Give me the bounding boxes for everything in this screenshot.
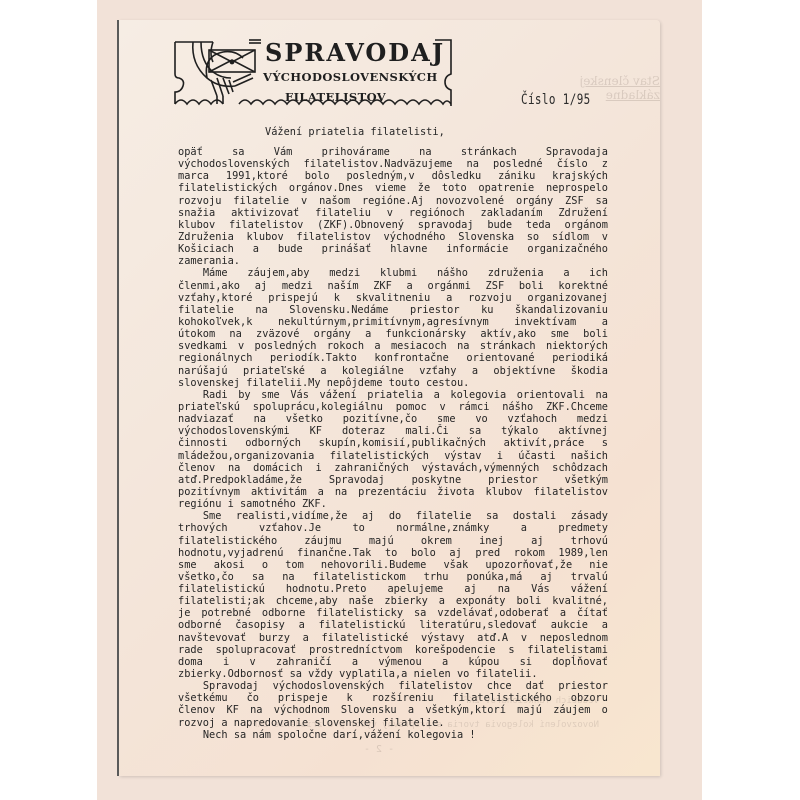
body-line: RadibysmeVásváženípriateliaakolegoviaori… bbox=[178, 389, 608, 401]
body-line: regionálnychperiodík.Taktokonfrontačneor… bbox=[178, 352, 608, 364]
body-line: filatelistickéhozáujmumajúokreminejajtrh… bbox=[178, 535, 608, 547]
body-line: radespolupracovaťprostredníctvomkorešpod… bbox=[178, 644, 608, 656]
body-line: snažiaaktivizovaťfilateliuvregiónochzakl… bbox=[178, 207, 608, 219]
body-line: trhovýchvzťahov.Jetonormálne,známkyapred… bbox=[178, 522, 608, 534]
body-line: útokomnazväzovéorgányafunkcionárskyaktív… bbox=[178, 328, 608, 340]
body-line: filatelistickúhodnotu.Pretoapelujemeajna… bbox=[178, 583, 608, 595]
body-line: hodnotu,vyjadrenúfinančne.Taktoboloajpre… bbox=[178, 547, 608, 559]
body-line: pozitívnymaktivitámanaprezentáciuživotak… bbox=[178, 486, 608, 498]
body-line: členovnadomácichizahraničnýchvýstavách,v… bbox=[178, 462, 608, 474]
body-line: domaivzahraničíavýmenouakúpousidopĺňovať bbox=[178, 656, 608, 668]
body-line: smeakosiotomnehovorili.Budemevšakupozorň… bbox=[178, 559, 608, 571]
body-line: atď.Predpokladáme,žeSpravodajposkytnepri… bbox=[178, 474, 608, 486]
body-line: filatelisti;akchceme,abynašezbierkyaexpo… bbox=[178, 595, 608, 607]
body-line: Košiciachabudeprinášaťhlavneinformácieor… bbox=[178, 243, 608, 255]
body-line: navštevovaťburzyafilatelistickévýstavyat… bbox=[178, 632, 608, 644]
body-line: filatelistickýchorgánov.Dnesviemežetotoo… bbox=[178, 182, 608, 194]
issue-number: Číslo 1/95 bbox=[521, 92, 591, 108]
body-line: Nechsanámspoločnedarí,váženíkolegovia! bbox=[178, 729, 608, 741]
body-line: ZdruženiaklubovfilatelistovvýchodnéhoSlo… bbox=[178, 231, 608, 243]
body-line: východoslovenskýchfilatelistov.Nadväzuje… bbox=[178, 158, 608, 170]
body-line: členmi,akoajmedzinašímZKFaorgánmiZSFboli… bbox=[178, 280, 608, 292]
body-line: slovenskejfilatelii.Mynepôjdemetoutocest… bbox=[178, 377, 608, 389]
body-line: rozvojufilatelievnašomregióne.Ajnovozvol… bbox=[178, 195, 608, 207]
body-line: filatelienaSlovensku.Nedámepriestorkuška… bbox=[178, 304, 608, 316]
body-line: kohokoľvek,knekultúrnym,primitívnym,agre… bbox=[178, 316, 608, 328]
body-line: zbierky.Odbornosťsavždyvyplatila,anielen… bbox=[178, 668, 608, 680]
body-line: regiónuisamotnéhoZKF. bbox=[178, 498, 608, 510]
body-line: činnostiodbornýchskupín,komisií,publikač… bbox=[178, 437, 608, 449]
body-line: vzťahy,ktoréprispejúkskvalitneniuarozvoj… bbox=[178, 292, 608, 304]
body-line: východoslovenskýmiKFdoterazmali.Čisatýka… bbox=[178, 425, 608, 437]
body-line: jepotrebnéodbornefilatelistickysavzdeláv… bbox=[178, 607, 608, 619]
bleed-through-line: Novozvolení kolegovia tvoria s prípravný… bbox=[169, 720, 599, 730]
body-line: Spravodajvýchodoslovenskýchfilatelistovc… bbox=[178, 680, 608, 692]
body-line: Smerealisti,vidíme,žeajdofilateliesadost… bbox=[178, 510, 608, 522]
body-line: mládežou,organizovaniafilatelistickýchvý… bbox=[178, 450, 608, 462]
body-line: narúšajúpriateľskéakolegiálnevzťahyaobje… bbox=[178, 365, 608, 377]
masthead: SPRAVODAJ VÝCHODOSLOVENSKÝCH FILATELISTO… bbox=[173, 34, 458, 109]
body-line: marca1991,ktoréboloposledným,vdôsledkuzá… bbox=[178, 170, 608, 182]
body-line: priateľskúspoluprácu,kolegiálnupomocvrám… bbox=[178, 401, 608, 413]
body-line: zamerania. bbox=[178, 255, 608, 267]
body-line: členovKFnavýchodnomSlovenskuavšetkým,kto… bbox=[178, 704, 608, 716]
body-line: nadviazaťnavšetkopozitívne,čosmevovzťaho… bbox=[178, 413, 608, 425]
bleed-through-line: vedúcich funkcionárov ZKF bbox=[169, 696, 599, 706]
masthead-subtitle-line2: FILATELISTOV bbox=[285, 90, 386, 104]
body-line: klubovfilatelistov(ZKF).Obnovenýspravoda… bbox=[178, 219, 608, 231]
salutation: Vážení priatelia filatelisti, bbox=[265, 126, 445, 138]
body-line: všetko,čosanafilatelistickomtrhuponúka,m… bbox=[178, 571, 608, 583]
masthead-title: SPRAVODAJ bbox=[265, 38, 450, 67]
newsletter-page: Stav členskej základne bbox=[119, 20, 660, 776]
body-line: opäťsaVámprihováramenastránkachSpravodaj… bbox=[178, 146, 608, 158]
letter-body: opäťsaVámprihováramenastránkachSpravodaj… bbox=[178, 146, 608, 741]
body-line: odbornéčasopisyafilatelistickúliteratúru… bbox=[178, 619, 608, 631]
body-line: svedkamivposlednýchrokochamesiacochnastr… bbox=[178, 340, 608, 352]
masthead-subtitle-line1: VÝCHODOSLOVENSKÝCH bbox=[263, 70, 438, 84]
bleed-through-page-number: - 2 - bbox=[359, 744, 399, 755]
body-line: Mámezáujem,abymedziklubminášhozdruženiaa… bbox=[178, 267, 608, 279]
